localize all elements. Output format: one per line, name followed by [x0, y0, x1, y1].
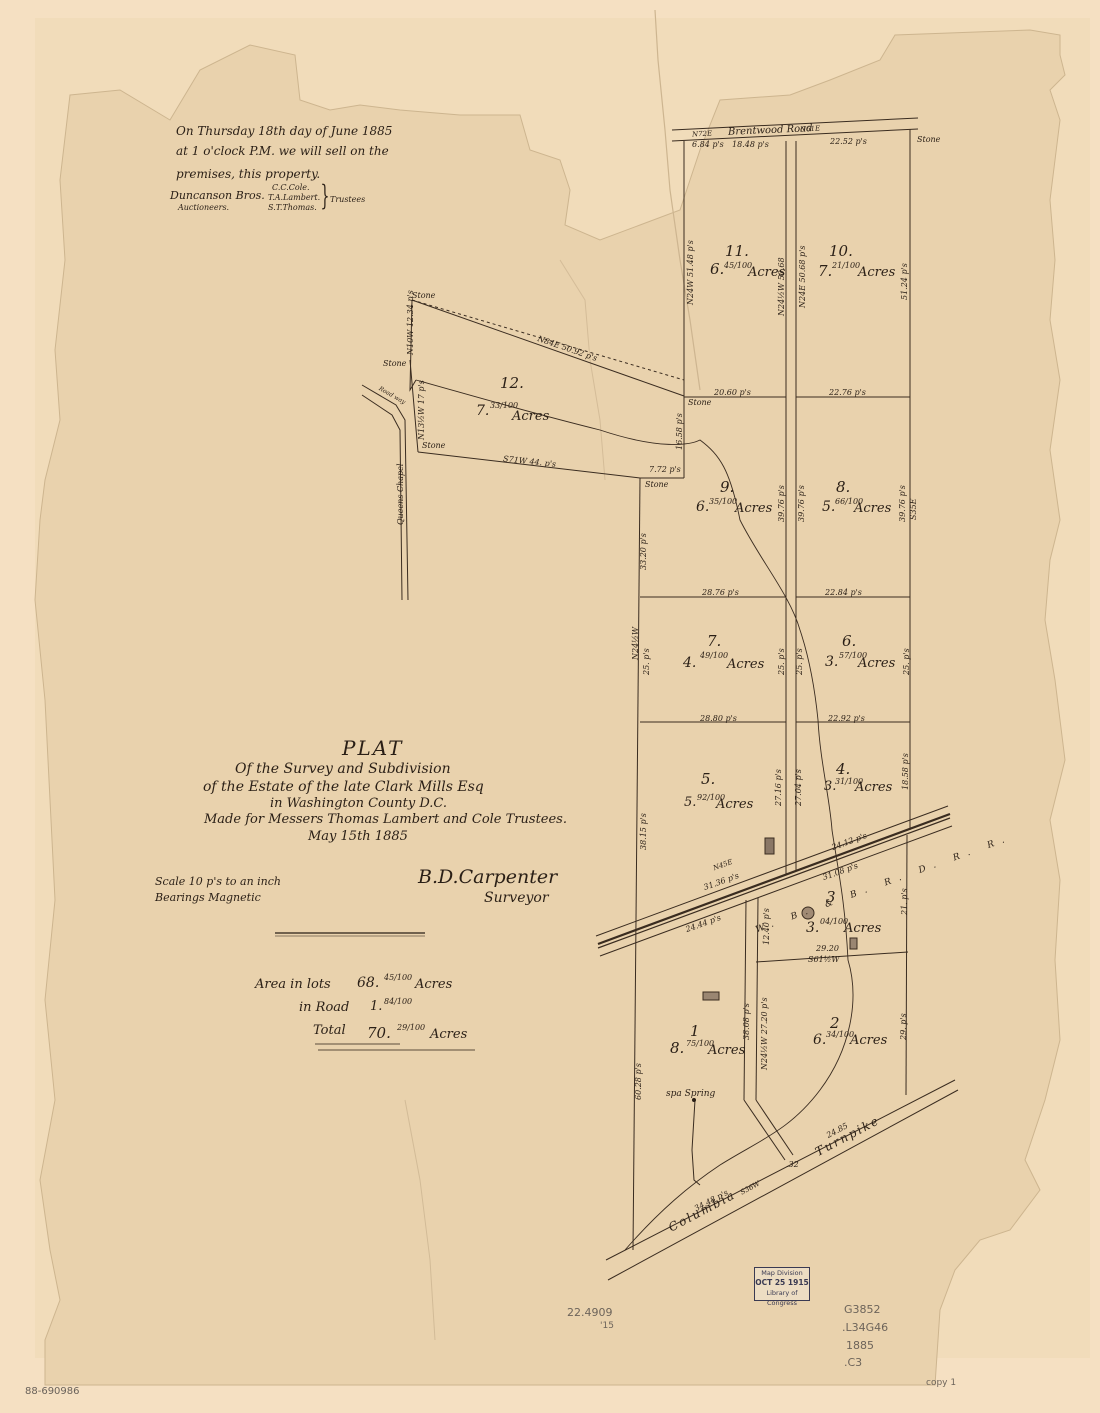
stamp-line-3: Library of Congress [755, 1288, 809, 1308]
plat-heading: PLAT [342, 738, 403, 758]
measure-2704: 27.04 p's [795, 769, 803, 806]
lot-9-number: 9. [720, 480, 734, 495]
measure-n24e: N24E 50.68 p's [799, 246, 807, 308]
measure-2292: 22.92 p's [828, 715, 865, 723]
lot-3-unit: Acres [844, 922, 881, 935]
measure-s61w: S61½W [808, 956, 840, 964]
accession-year: '15 [600, 1320, 614, 1333]
call-number-1: G3852 [844, 1302, 881, 1318]
measure-29: 29. p's [900, 1013, 908, 1040]
lot-5-whole: 5. [684, 796, 696, 809]
lot-3-whole: 3. [806, 921, 819, 935]
lot-8-whole: 5. [822, 500, 835, 514]
measure-1240: 12.40 p's [763, 908, 771, 945]
lot-11-number: 11. [725, 244, 749, 259]
area-lots-fraction: 45/100 [384, 974, 412, 982]
lot-3-number: 3 [826, 890, 836, 905]
measure-5124: 51.24 p's [901, 263, 909, 300]
measure-32: .32 [786, 1161, 799, 1169]
queens-chapel-road-label: Queens Chapel [397, 464, 405, 525]
measure-25b: 25. p's [778, 648, 786, 675]
measure-25d: 25. p's [903, 648, 911, 675]
lot-10-fraction: 21/100 [832, 262, 860, 270]
auctioneers-name: Duncanson Bros. [170, 190, 265, 201]
lot-6-number: 6. [842, 634, 856, 649]
measure-3815: 38.15 p's [640, 813, 648, 850]
area-road-value: 1. [370, 1000, 382, 1013]
measure-1858: 18.58 p's [902, 753, 910, 790]
title-line-2: of the Estate of the late Clark Mills Es… [203, 780, 484, 794]
lot-10-unit: Acres [858, 266, 895, 279]
trustee-2: T.A.Lambert. [268, 194, 320, 202]
surveyor-name: B.D.Carpenter [418, 868, 557, 887]
measure-25a: 25. p's [643, 648, 651, 675]
lot-12-number: 12. [500, 376, 524, 391]
area-road-label: in Road [299, 1001, 349, 1014]
surveyor-role: Surveyor [484, 891, 549, 905]
lot-2-number: 2 [830, 1016, 840, 1031]
title-date: May 15th 1885 [308, 830, 408, 843]
area-total-fraction: 29/100 [397, 1024, 425, 1032]
lot-12-whole: 7. [476, 404, 489, 418]
trustees-label: Trustees [330, 196, 365, 204]
lot-10-number: 10. [829, 244, 853, 259]
stamp-date: OCT 25 1915 [755, 1278, 809, 1288]
area-total-value: 70. [367, 1026, 391, 1041]
measure-3976b: 39.76 p's [798, 485, 806, 522]
stone-marker-2: Stone [383, 360, 406, 368]
measure-6028: 60.28 p's [635, 1063, 643, 1100]
measure-3976c: 39.76 p's [899, 485, 907, 522]
measure-2876: 28.76 p's [702, 589, 739, 597]
measure-2060: 20.60 p's [714, 389, 751, 397]
sale-notice-line-1: On Thursday 18th day of June 1885 [176, 125, 392, 137]
measure-n24w-4: N24½W 27.20 p's [761, 997, 769, 1070]
stone-marker-6: Stone [917, 136, 940, 144]
stamp-line-1: Map Division [755, 1268, 809, 1278]
measure-3976a: 39.76 p's [778, 485, 786, 522]
area-road-fraction: 84/100 [384, 998, 412, 1006]
stone-marker-1: Stone [412, 292, 435, 300]
trustee-1: C.C.Cole. [272, 184, 310, 192]
measure-3808: 38.08 p's [743, 1003, 751, 1040]
lot-9-fraction: 35/100 [709, 498, 737, 506]
spa-spring-label: spa Spring [666, 1090, 715, 1099]
sale-notice-line-3: premises, this property. [176, 168, 320, 180]
call-number-4: .C3 [844, 1355, 862, 1371]
stone-marker-4: Stone [688, 399, 711, 407]
lot-4-unit: Acres [855, 781, 892, 794]
measure-684: 6.84 p's [692, 141, 724, 149]
lot-6-whole: 3. [825, 655, 838, 669]
trustee-3: S.T.Thomas. [268, 204, 317, 212]
measure-2880: 28.80 p's [700, 715, 737, 723]
lot-7-fraction: 49/100 [700, 652, 728, 660]
lot-6-unit: Acres [858, 657, 895, 670]
lot-1-whole: 8. [670, 1041, 684, 1056]
measure-2276: 22.76 p's [829, 389, 866, 397]
copy-note: copy 1 [926, 1377, 956, 1390]
title-line-1: Of the Survey and Subdivision [235, 762, 451, 776]
lot-2-unit: Acres [850, 1034, 887, 1047]
measure-3320: 33.20 p's [640, 533, 648, 570]
measure-2284: 22.84 p's [825, 589, 862, 597]
lot-4-number: 4. [836, 762, 850, 777]
measure-2252: 22.52 p's [830, 138, 867, 146]
stone-marker-3: Stone [422, 442, 445, 450]
auctioneers-role: Auctioneers. [178, 204, 229, 212]
measure-1658: 16.58 p's [676, 413, 684, 450]
lot-8-unit: Acres [854, 502, 891, 515]
measure-n24w-3: N24½W [632, 627, 640, 660]
library-of-congress-stamp: Map Division OCT 25 1915 Library of Cong… [754, 1267, 810, 1301]
accession-number: 22.4909 [567, 1305, 613, 1321]
lot-12-unit: Acres [512, 410, 549, 423]
lot-8-number: 8. [836, 480, 850, 495]
measure-2920: 29.20 [816, 945, 839, 953]
lot-2-whole: 6. [813, 1033, 826, 1047]
measure-s35e: S35E [910, 499, 918, 521]
measure-772: 7.72 p's [649, 466, 681, 474]
measure-1848: 18.48 p's [732, 141, 769, 149]
lot-9-unit: Acres [735, 502, 772, 515]
lot-5-unit: Acres [716, 798, 753, 811]
measure-n24w-2: N24½W 50.68 [778, 257, 786, 316]
area-total-label: Total [313, 1024, 346, 1037]
trustees-brace: } [320, 182, 329, 210]
area-lots-label: Area in lots [255, 978, 331, 991]
lot-10-whole: 7. [818, 264, 832, 279]
lot-7-number: 7. [707, 634, 721, 649]
stone-marker-5: Stone [645, 481, 668, 489]
lot-5-number: 5. [701, 772, 715, 787]
area-total-unit: Acres [430, 1028, 467, 1041]
measure-n13w: N13½W 17 p's [418, 380, 426, 440]
catalog-id: 88-690986 [25, 1385, 80, 1400]
scale-note: Scale 10 p's to an inch [155, 876, 281, 887]
lot-9-whole: 6. [696, 500, 709, 514]
lot-11-whole: 6. [710, 262, 724, 277]
measure-n24w: N24W 51.48 p's [687, 240, 695, 305]
area-lots-unit: Acres [415, 978, 452, 991]
brentwood-bearing-right: N61E [800, 126, 820, 134]
measure-25c: 25. p's [796, 648, 804, 675]
lot-7-whole: 4. [683, 656, 696, 670]
call-number-3: 1885 [846, 1338, 874, 1354]
bearings-note: Bearings Magnetic [155, 892, 261, 903]
call-number-2: .L34G46 [842, 1320, 888, 1336]
lot-1-unit: Acres [708, 1044, 745, 1057]
measure-2716: 27.16 p's [775, 769, 783, 806]
area-lots-value: 68. [357, 976, 379, 990]
brentwood-bearing-left: N72E [692, 131, 712, 139]
plat-map-drawing [0, 0, 1100, 1413]
measure-21: 21. p's [901, 888, 909, 915]
title-line-3: in Washington County D.C. [270, 797, 447, 810]
title-line-4: Made for Messers Thomas Lambert and Cole… [204, 813, 567, 826]
sale-notice-line-2: at 1 o'clock P.M. we will sell on the [176, 145, 389, 157]
lot-7-unit: Acres [727, 658, 764, 671]
lot-1-number: 1 [690, 1024, 700, 1039]
